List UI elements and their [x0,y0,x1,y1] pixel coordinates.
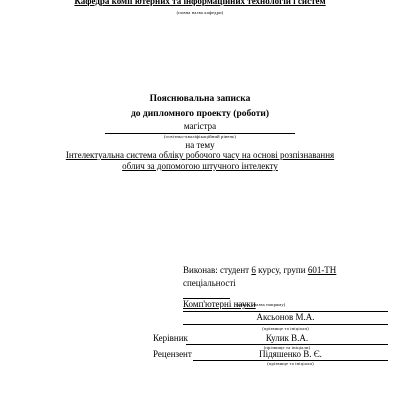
speciality-caption: (шифр і назва напряму) [236,302,285,307]
doc-subtitle: до дипломного проекту (роботи) [0,109,400,119]
reviewer-name-field: Підяшенко В. Є. [193,349,388,361]
supervisor-label: Керівник [153,333,188,343]
group-number: 601-ТН [308,265,337,275]
degree-value: магістра [184,121,216,131]
reviewer-caption: (прізвище та ініціали) [193,361,388,366]
executor-line: Виконав: студент 6 курсу, групи 601-ТН [183,265,336,275]
thesis-title-page: Кафедра комп'ютерних та інформаційних те… [0,0,400,400]
department-caption: (повна назва кафедри) [0,10,400,15]
blank-underline [183,290,230,299]
supervisor-name-field: Кулик В.А. [186,333,388,345]
executor-prefix: Виконав: студент [183,265,251,275]
doc-title: Пояснювальна записка [0,94,400,104]
topic-line-2: облич за допомогою штучного інтелекту [0,161,400,171]
degree-caption: (освітньо-кваліфікаційний рівень) [0,134,400,139]
speciality-label: спеціальності [183,278,236,288]
student-name-field: Аксьонов М.А. [183,312,388,325]
topic-line-1: Інтелектуальна система обліку робочого ч… [0,150,400,160]
department-name: Кафедра комп'ютерних та інформаційних те… [0,0,400,6]
student-name-caption: (прізвище та ініціали) [183,326,388,331]
speciality-field: Комп'ютерні науки [183,299,388,312]
degree-field: магістра [105,121,295,134]
executor-middle: курсу, групи [256,265,308,275]
reviewer-label: Рецензент [153,349,192,359]
topic-label: на тему [0,140,400,150]
department-name-text: Кафедра комп'ютерних та інформаційних те… [74,0,325,6]
